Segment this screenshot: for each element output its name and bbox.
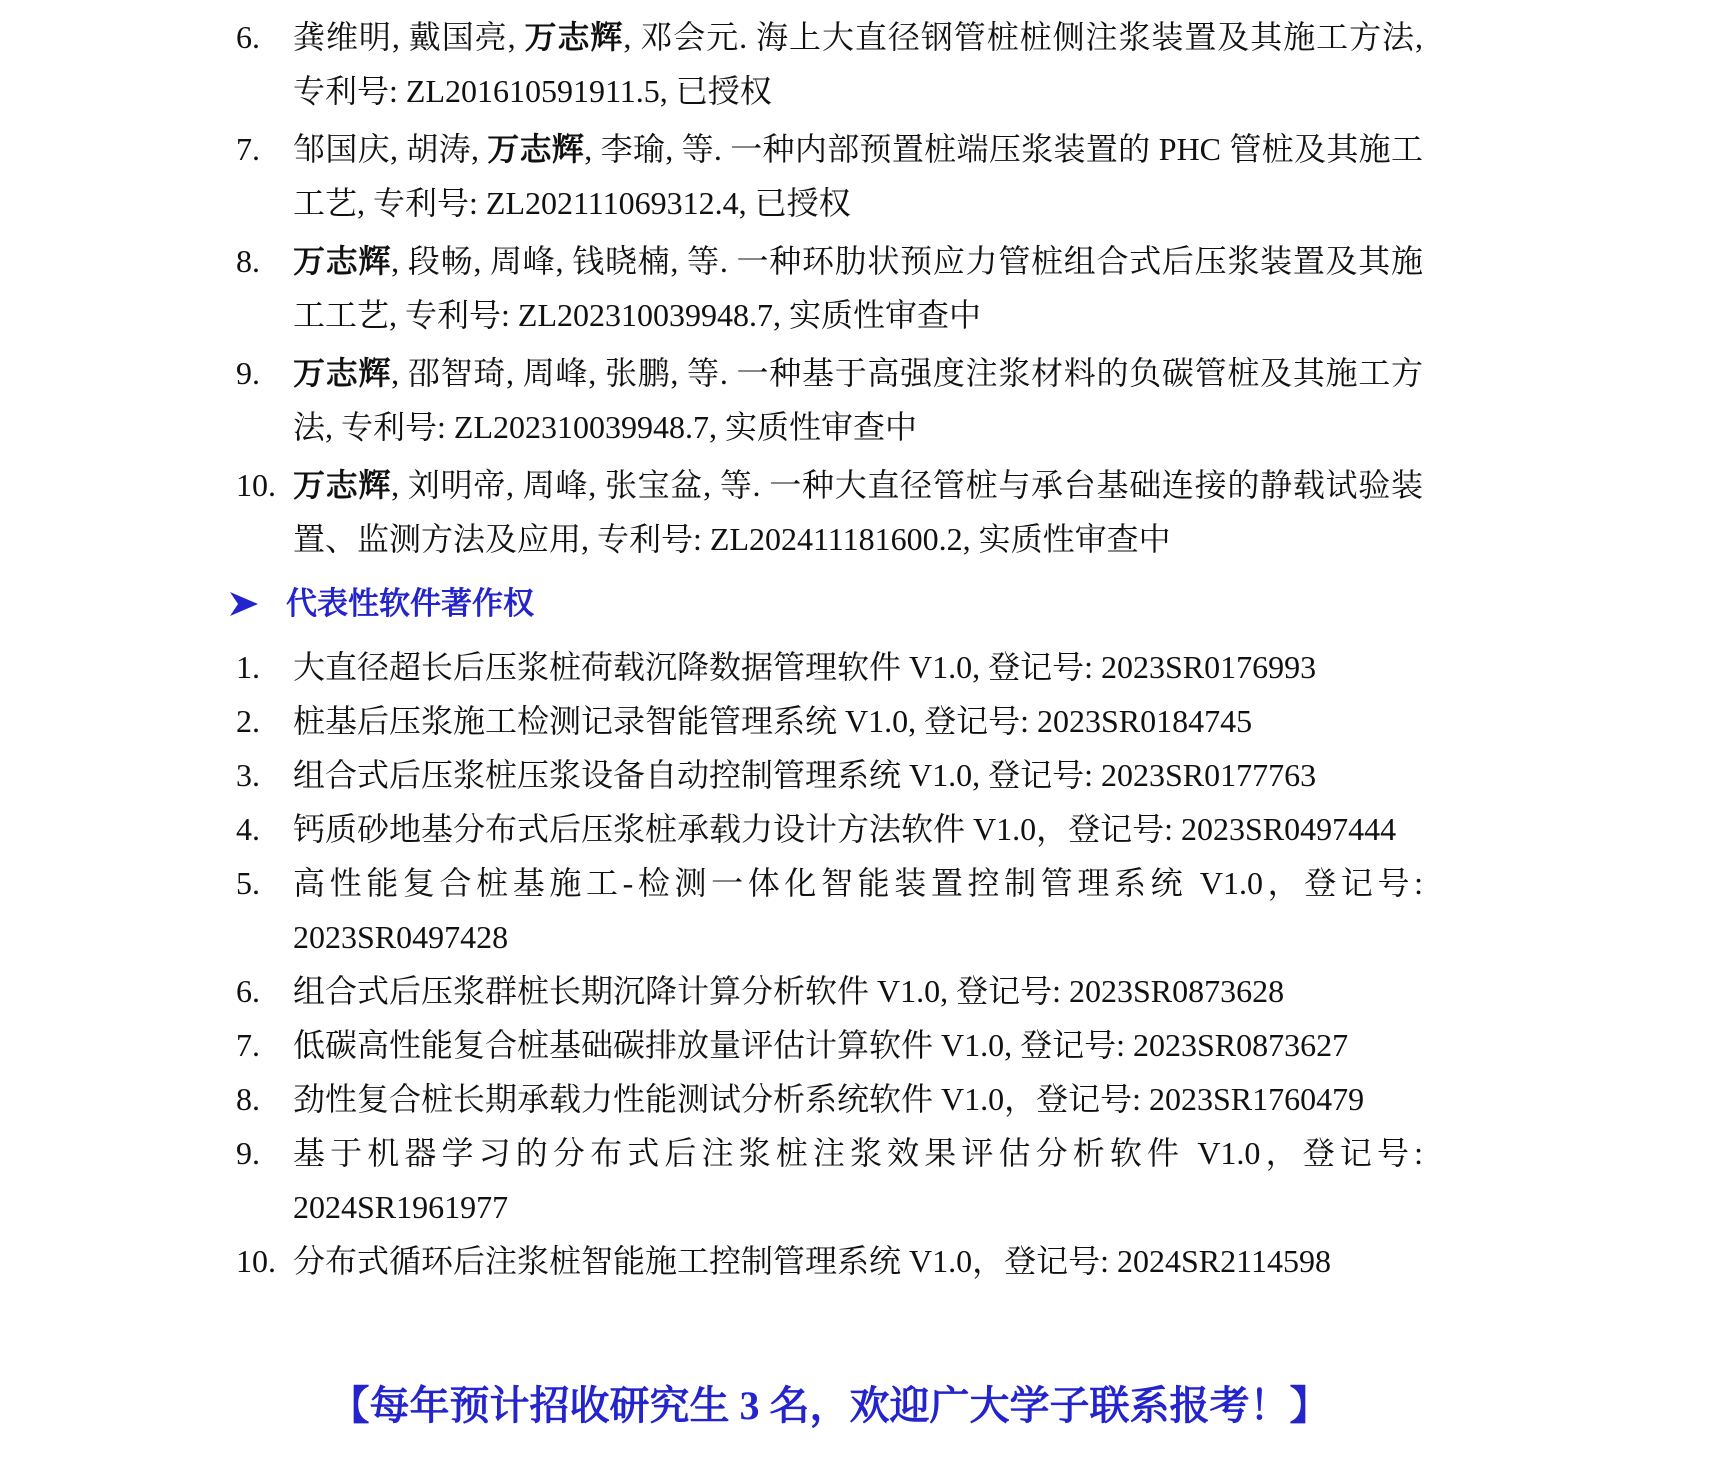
item-number: 5. bbox=[236, 856, 260, 910]
list-item: 3.组合式后压浆桩压浆设备自动控制管理系统 V1.0, 登记号: 2023SR0… bbox=[236, 748, 1423, 802]
list-item: 6.组合式后压浆群桩长期沉降计算分析软件 V1.0, 登记号: 2023SR08… bbox=[236, 964, 1423, 1018]
arrow-right-bullet-icon bbox=[228, 590, 260, 618]
item-number: 10. bbox=[236, 1234, 276, 1288]
item-text: 邹国庆, 胡涛, 万志辉, 李瑜, 等. 一种内部预置桩端压浆装置的 PHC 管… bbox=[293, 131, 1423, 221]
item-text: 龚维明, 戴国亮, 万志辉, 邓会元. 海上大直径钢管桩桩侧注浆装置及其施工方法… bbox=[293, 19, 1423, 109]
list-item: 4.钙质砂地基分布式后压浆桩承载力设计方法软件 V1.0，登记号: 2023SR… bbox=[236, 802, 1423, 856]
list-item: 9.基于机器学习的分布式后注浆桩注浆效果评估分析软件 V1.0，登记号: 202… bbox=[236, 1126, 1423, 1234]
item-text: 低碳高性能复合桩基础碳排放量评估计算软件 V1.0, 登记号: 2023SR08… bbox=[293, 1027, 1348, 1063]
item-number: 6. bbox=[236, 964, 260, 1018]
item-number: 1. bbox=[236, 640, 260, 694]
item-number: 7. bbox=[236, 1018, 260, 1072]
list-item: 9.万志辉, 邵智琦, 周峰, 张鹏, 等. 一种基于高强度注浆材料的负碳管桩及… bbox=[236, 346, 1423, 454]
section-title: 代表性软件著作权 bbox=[286, 582, 534, 626]
item-text: 大直径超长后压浆桩荷载沉降数据管理软件 V1.0, 登记号: 2023SR017… bbox=[293, 649, 1316, 685]
list-item: 8.劲性复合桩长期承载力性能测试分析系统软件 V1.0，登记号: 2023SR1… bbox=[236, 1072, 1423, 1126]
item-text: 组合式后压浆桩压浆设备自动控制管理系统 V1.0, 登记号: 2023SR017… bbox=[293, 757, 1316, 793]
list-item: 2.桩基后压浆施工检测记录智能管理系统 V1.0, 登记号: 2023SR018… bbox=[236, 694, 1423, 748]
item-text: 劲性复合桩长期承载力性能测试分析系统软件 V1.0，登记号: 2023SR176… bbox=[293, 1081, 1364, 1117]
recruitment-notice: 【每年预计招收研究生 3 名，欢迎广大学子联系报考！】 bbox=[236, 1378, 1423, 1434]
item-text: 万志辉, 段畅, 周峰, 钱晓楠, 等. 一种环肋状预应力管桩组合式后压浆装置及… bbox=[293, 243, 1423, 333]
item-number: 3. bbox=[236, 748, 260, 802]
list-item: 10.分布式循环后注浆桩智能施工控制管理系统 V1.0，登记号: 2024SR2… bbox=[236, 1234, 1423, 1288]
item-text: 分布式循环后注浆桩智能施工控制管理系统 V1.0，登记号: 2024SR2114… bbox=[293, 1243, 1331, 1279]
item-text: 组合式后压浆群桩长期沉降计算分析软件 V1.0, 登记号: 2023SR0873… bbox=[293, 973, 1284, 1009]
software-copyright-list: 1.大直径超长后压浆桩荷载沉降数据管理软件 V1.0, 登记号: 2023SR0… bbox=[236, 640, 1423, 1288]
list-item: 7.低碳高性能复合桩基础碳排放量评估计算软件 V1.0, 登记号: 2023SR… bbox=[236, 1018, 1423, 1072]
software-copyright-section-heading: 代表性软件著作权 bbox=[228, 582, 1423, 626]
item-number: 4. bbox=[236, 802, 260, 856]
item-number: 8. bbox=[236, 1072, 260, 1126]
list-item: 10.万志辉, 刘明帝, 周峰, 张宝盆, 等. 一种大直径管桩与承台基础连接的… bbox=[236, 458, 1423, 566]
list-item: 8.万志辉, 段畅, 周峰, 钱晓楠, 等. 一种环肋状预应力管桩组合式后压浆装… bbox=[236, 234, 1423, 342]
item-number: 6. bbox=[236, 10, 260, 64]
item-text: 基于机器学习的分布式后注浆桩注浆效果评估分析软件 V1.0，登记号: 2024S… bbox=[293, 1135, 1423, 1225]
item-number: 9. bbox=[236, 346, 260, 400]
list-item: 6.龚维明, 戴国亮, 万志辉, 邓会元. 海上大直径钢管桩桩侧注浆装置及其施工… bbox=[236, 10, 1423, 118]
list-item: 7.邹国庆, 胡涛, 万志辉, 李瑜, 等. 一种内部预置桩端压浆装置的 PHC… bbox=[236, 122, 1423, 230]
item-text: 万志辉, 刘明帝, 周峰, 张宝盆, 等. 一种大直径管桩与承台基础连接的静载试… bbox=[293, 467, 1423, 557]
list-item: 5.高性能复合桩基施工-检测一体化智能装置控制管理系统 V1.0，登记号: 20… bbox=[236, 856, 1423, 964]
list-item: 1.大直径超长后压浆桩荷载沉降数据管理软件 V1.0, 登记号: 2023SR0… bbox=[236, 640, 1423, 694]
item-number: 2. bbox=[236, 694, 260, 748]
item-text: 万志辉, 邵智琦, 周峰, 张鹏, 等. 一种基于高强度注浆材料的负碳管桩及其施… bbox=[293, 355, 1423, 445]
item-number: 10. bbox=[236, 458, 276, 512]
item-text: 桩基后压浆施工检测记录智能管理系统 V1.0, 登记号: 2023SR01847… bbox=[293, 703, 1252, 739]
item-number: 7. bbox=[236, 122, 260, 176]
item-text: 高性能复合桩基施工-检测一体化智能装置控制管理系统 V1.0，登记号: 2023… bbox=[293, 865, 1423, 955]
item-text: 钙质砂地基分布式后压浆桩承载力设计方法软件 V1.0，登记号: 2023SR04… bbox=[293, 811, 1396, 847]
patent-list: 6.龚维明, 戴国亮, 万志辉, 邓会元. 海上大直径钢管桩桩侧注浆装置及其施工… bbox=[236, 10, 1423, 566]
item-number: 9. bbox=[236, 1126, 260, 1180]
document-page: 6.龚维明, 戴国亮, 万志辉, 邓会元. 海上大直径钢管桩桩侧注浆装置及其施工… bbox=[0, 0, 1423, 1434]
item-number: 8. bbox=[236, 234, 260, 288]
